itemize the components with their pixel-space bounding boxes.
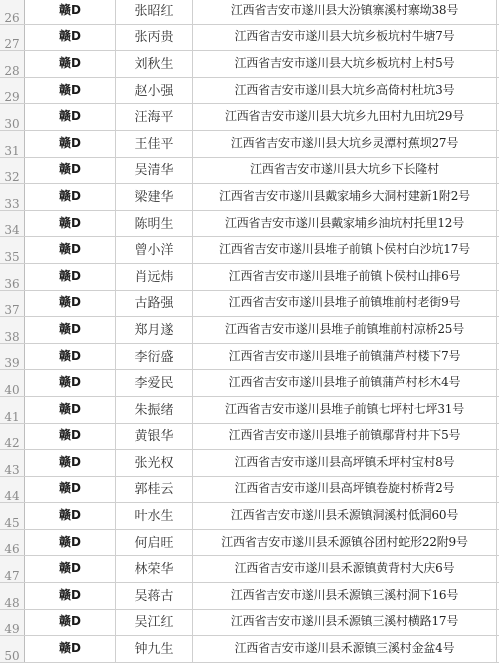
- plate-prefix-cell[interactable]: 赣D: [25, 583, 116, 609]
- address-cell[interactable]: 江西省吉安市遂川县大坑乡板坑村上村5号: [193, 51, 497, 77]
- table-row: 47 赣D 林荣华 江西省吉安市遂川县禾源镇黄背村大庆6号: [0, 556, 499, 583]
- row-number[interactable]: 44: [0, 477, 25, 503]
- owner-name-cell[interactable]: 黄银华: [116, 424, 193, 450]
- plate-prefix-cell[interactable]: 赣D: [25, 503, 116, 529]
- plate-prefix-cell[interactable]: 赣D: [25, 211, 116, 237]
- row-number[interactable]: 41: [0, 397, 25, 423]
- row-number[interactable]: 39: [0, 344, 25, 370]
- address-cell[interactable]: 江西省吉安市遂川县禾源镇洞溪村低洞60号: [193, 503, 497, 529]
- table-row: 32 赣D 吴清华 江西省吉安市遂川县大坑乡下长隆村: [0, 158, 499, 185]
- owner-name-cell[interactable]: 汪海平: [116, 104, 193, 130]
- table-row: 46 赣D 何启旺 江西省吉安市遂川县禾源镇谷团村蛇形22附9号: [0, 530, 499, 557]
- plate-prefix-cell[interactable]: 赣D: [25, 264, 116, 290]
- row-number[interactable]: 38: [0, 317, 25, 343]
- address-cell[interactable]: 江西省吉安市遂川县禾源镇三溪村洞下16号: [193, 583, 497, 609]
- row-number[interactable]: 43: [0, 450, 25, 476]
- address-cell[interactable]: 江西省吉安市遂川县堆子前镇卜侯村山排6号: [193, 264, 497, 290]
- plate-prefix-cell[interactable]: 赣D: [25, 424, 116, 450]
- address-cell[interactable]: 江西省吉安市遂川县禾源镇三溪村横路17号: [193, 610, 497, 636]
- plate-prefix-cell[interactable]: 赣D: [25, 556, 116, 582]
- owner-name-cell[interactable]: 张光权: [116, 450, 193, 476]
- row-number[interactable]: 26: [0, 0, 25, 24]
- address-cell[interactable]: 江西省吉安市遂川县大坑乡下长隆村: [193, 158, 497, 184]
- row-number[interactable]: 48: [0, 583, 25, 609]
- plate-prefix-cell[interactable]: 赣D: [25, 370, 116, 396]
- table-row: 39 赣D 李衍盛 江西省吉安市遂川县堆子前镇蒲芦村楼下7号: [0, 344, 499, 371]
- address-cell[interactable]: 江西省吉安市遂川县堆子前镇堆前村老街9号: [193, 291, 497, 317]
- owner-name-cell[interactable]: 叶水生: [116, 503, 193, 529]
- row-number[interactable]: 50: [0, 636, 25, 662]
- owner-name-cell[interactable]: 刘秋生: [116, 51, 193, 77]
- address-cell[interactable]: 江西省吉安市遂川县禾源镇三溪村金盆4号: [193, 636, 497, 662]
- address-cell[interactable]: 江西省吉安市遂川县堆子前镇蒲芦村楼下7号: [193, 344, 497, 370]
- table-row: 41 赣D 朱振绪 江西省吉安市遂川县堆子前镇七坪村七坪31号: [0, 397, 499, 424]
- plate-prefix-cell[interactable]: 赣D: [25, 0, 116, 24]
- table-row: 26 赣D 张昭红 江西省吉安市遂川县大汾镇寨溪村寨坳38号: [0, 0, 499, 25]
- owner-name-cell[interactable]: 朱振绪: [116, 397, 193, 423]
- table-row: 48 赣D 吴蒋古 江西省吉安市遂川县禾源镇三溪村洞下16号: [0, 583, 499, 610]
- owner-name-cell[interactable]: 曾小洋: [116, 237, 193, 263]
- owner-name-cell[interactable]: 张昭红: [116, 0, 193, 24]
- table-row: 28 赣D 刘秋生 江西省吉安市遂川县大坑乡板坑村上村5号: [0, 51, 499, 78]
- plate-prefix-cell[interactable]: 赣D: [25, 25, 116, 51]
- address-cell[interactable]: 江西省吉安市遂川县堆子前镇七坪村七坪31号: [193, 397, 497, 423]
- address-cell[interactable]: 江西省吉安市遂川县堆子前镇卜侯村白沙坑17号: [193, 237, 497, 263]
- row-number[interactable]: 28: [0, 51, 25, 77]
- row-number[interactable]: 36: [0, 264, 25, 290]
- plate-prefix-cell[interactable]: 赣D: [25, 317, 116, 343]
- plate-prefix-cell[interactable]: 赣D: [25, 610, 116, 636]
- address-cell[interactable]: 江西省吉安市遂川县戴家埔乡油坑村托里12号: [193, 211, 497, 237]
- address-cell[interactable]: 江西省吉安市遂川县堆子前镇堆前村凉桥25号: [193, 317, 497, 343]
- row-number[interactable]: 34: [0, 211, 25, 237]
- table-row: 45 赣D 叶水生 江西省吉安市遂川县禾源镇洞溪村低洞60号: [0, 503, 499, 530]
- plate-prefix-cell[interactable]: 赣D: [25, 237, 116, 263]
- owner-name-cell[interactable]: 李衍盛: [116, 344, 193, 370]
- row-number[interactable]: 49: [0, 610, 25, 636]
- plate-prefix-cell[interactable]: 赣D: [25, 131, 116, 157]
- plate-prefix-cell[interactable]: 赣D: [25, 51, 116, 77]
- address-cell[interactable]: 江西省吉安市遂川县大坑乡高倚村杜坑3号: [193, 78, 497, 104]
- address-cell[interactable]: 江西省吉安市遂川县禾源镇谷团村蛇形22附9号: [193, 530, 497, 556]
- address-cell[interactable]: 江西省吉安市遂川县堆子前镇蒲芦村杉木4号: [193, 370, 497, 396]
- address-cell[interactable]: 江西省吉安市遂川县堆子前镇鄢背村井下5号: [193, 424, 497, 450]
- table-row: 50 赣D 钟九生 江西省吉安市遂川县禾源镇三溪村金盆4号: [0, 636, 499, 663]
- row-number[interactable]: 42: [0, 424, 25, 450]
- address-cell[interactable]: 江西省吉安市遂川县禾源镇黄背村大庆6号: [193, 556, 497, 582]
- table-row: 34 赣D 陈明生 江西省吉安市遂川县戴家埔乡油坑村托里12号: [0, 211, 499, 238]
- owner-name-cell[interactable]: 吴清华: [116, 158, 193, 184]
- plate-prefix-cell[interactable]: 赣D: [25, 344, 116, 370]
- plate-prefix-cell[interactable]: 赣D: [25, 530, 116, 556]
- address-cell[interactable]: 江西省吉安市遂川县大坑乡九田村九田坑29号: [193, 104, 497, 130]
- table-row: 30 赣D 汪海平 江西省吉安市遂川县大坑乡九田村九田坑29号: [0, 104, 499, 131]
- row-number[interactable]: 47: [0, 556, 25, 582]
- table-row: 35 赣D 曾小洋 江西省吉安市遂川县堆子前镇卜侯村白沙坑17号: [0, 237, 499, 264]
- owner-name-cell[interactable]: 吴江红: [116, 610, 193, 636]
- row-number[interactable]: 32: [0, 158, 25, 184]
- owner-name-cell[interactable]: 钟九生: [116, 636, 193, 662]
- plate-prefix-cell[interactable]: 赣D: [25, 291, 116, 317]
- plate-prefix-cell[interactable]: 赣D: [25, 397, 116, 423]
- plate-prefix-cell[interactable]: 赣D: [25, 450, 116, 476]
- plate-prefix-cell[interactable]: 赣D: [25, 158, 116, 184]
- row-number[interactable]: 29: [0, 78, 25, 104]
- owner-name-cell[interactable]: 王佳平: [116, 131, 193, 157]
- owner-name-cell[interactable]: 李爱民: [116, 370, 193, 396]
- table-row: 31 赣D 王佳平 江西省吉安市遂川县大坑乡灵潭村蕉坝27号: [0, 131, 499, 158]
- row-number[interactable]: 31: [0, 131, 25, 157]
- table-row: 33 赣D 梁建华 江西省吉安市遂川县戴家埔乡大洞村建新1附2号: [0, 184, 499, 211]
- plate-prefix-cell[interactable]: 赣D: [25, 636, 116, 662]
- table-row: 44 赣D 郭桂云 江西省吉安市遂川县高坪镇卷旋村桥背2号: [0, 477, 499, 504]
- table-row: 43 赣D 张光权 江西省吉安市遂川县高坪镇禾坪村宝村8号: [0, 450, 499, 477]
- owner-name-cell[interactable]: 赵小强: [116, 78, 193, 104]
- address-cell[interactable]: 江西省吉安市遂川县大坑乡灵潭村蕉坝27号: [193, 131, 497, 157]
- row-number[interactable]: 33: [0, 184, 25, 210]
- plate-prefix-cell[interactable]: 赣D: [25, 104, 116, 130]
- address-cell[interactable]: 江西省吉安市遂川县高坪镇卷旋村桥背2号: [193, 477, 497, 503]
- address-cell[interactable]: 江西省吉安市遂川县高坪镇禾坪村宝村8号: [193, 450, 497, 476]
- owner-name-cell[interactable]: 郑月遂: [116, 317, 193, 343]
- owner-name-cell[interactable]: 何启旺: [116, 530, 193, 556]
- table-row: 42 赣D 黄银华 江西省吉安市遂川县堆子前镇鄢背村井下5号: [0, 424, 499, 451]
- row-number[interactable]: 27: [0, 25, 25, 51]
- owner-name-cell[interactable]: 林荣华: [116, 556, 193, 582]
- owner-name-cell[interactable]: 张丙贵: [116, 25, 193, 51]
- row-number[interactable]: 37: [0, 291, 25, 317]
- address-cell[interactable]: 江西省吉安市遂川县戴家埔乡大洞村建新1附2号: [193, 184, 497, 210]
- table-row: 38 赣D 郑月遂 江西省吉安市遂川县堆子前镇堆前村凉桥25号: [0, 317, 499, 344]
- row-number[interactable]: 30: [0, 104, 25, 130]
- row-number[interactable]: 40: [0, 370, 25, 396]
- table-row: 27 赣D 张丙贵 江西省吉安市遂川县大坑乡板坑村牛塘7号: [0, 25, 499, 52]
- owner-name-cell[interactable]: 肖远炜: [116, 264, 193, 290]
- table-row: 49 赣D 吴江红 江西省吉安市遂川县禾源镇三溪村横路17号: [0, 610, 499, 637]
- row-number[interactable]: 46: [0, 530, 25, 556]
- row-number[interactable]: 45: [0, 503, 25, 529]
- table-row: 37 赣D 古路强 江西省吉安市遂川县堆子前镇堆前村老街9号: [0, 291, 499, 318]
- plate-prefix-cell[interactable]: 赣D: [25, 184, 116, 210]
- address-cell[interactable]: 江西省吉安市遂川县大坑乡板坑村牛塘7号: [193, 25, 497, 51]
- address-cell[interactable]: 江西省吉安市遂川县大汾镇寨溪村寨坳38号: [193, 0, 497, 24]
- owner-name-cell[interactable]: 吴蒋古: [116, 583, 193, 609]
- table-row: 40 赣D 李爱民 江西省吉安市遂川县堆子前镇蒲芦村杉木4号: [0, 370, 499, 397]
- owner-name-cell[interactable]: 郭桂云: [116, 477, 193, 503]
- owner-name-cell[interactable]: 古路强: [116, 291, 193, 317]
- table-row: 36 赣D 肖远炜 江西省吉安市遂川县堆子前镇卜侯村山排6号: [0, 264, 499, 291]
- spreadsheet-table: 26 赣D 张昭红 江西省吉安市遂川县大汾镇寨溪村寨坳38号 27 赣D 张丙贵…: [0, 0, 499, 663]
- plate-prefix-cell[interactable]: 赣D: [25, 78, 116, 104]
- owner-name-cell[interactable]: 梁建华: [116, 184, 193, 210]
- row-number[interactable]: 35: [0, 237, 25, 263]
- table-row: 29 赣D 赵小强 江西省吉安市遂川县大坑乡高倚村杜坑3号: [0, 78, 499, 105]
- owner-name-cell[interactable]: 陈明生: [116, 211, 193, 237]
- plate-prefix-cell[interactable]: 赣D: [25, 477, 116, 503]
